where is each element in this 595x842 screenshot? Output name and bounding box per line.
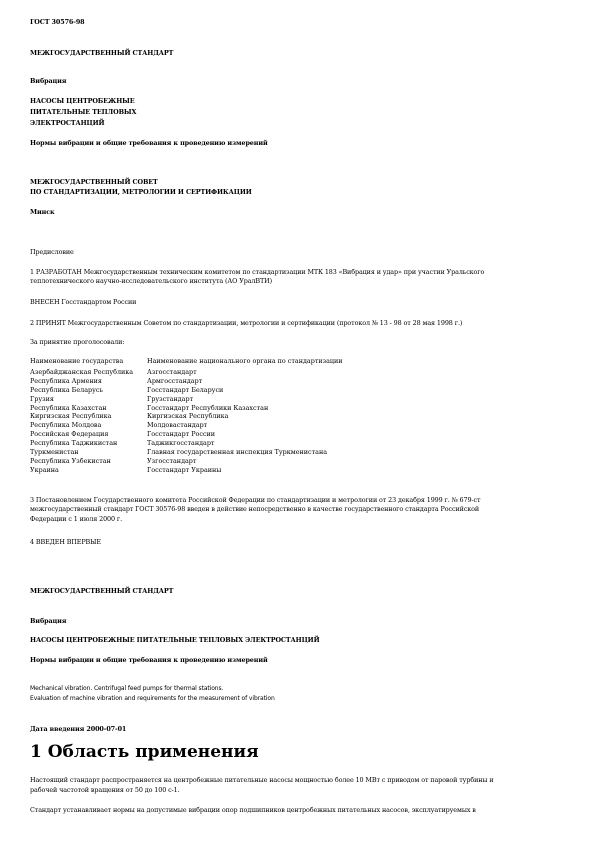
- title-line-3: ЭЛЕКТРОСТАНЦИЙ: [30, 119, 104, 127]
- foreword-p6: 4 ВВЕДЕН ВПЕРВЫЕ: [30, 538, 101, 546]
- table-row: Республика БеларусьГосстандарт Беларуси: [30, 386, 343, 395]
- foreword-p1-line-1: 1 РАЗРАБОТАН Межгосударственным техничес…: [30, 268, 484, 276]
- council-line-2: ПО СТАНДАРТИЗАЦИИ, МЕТРОЛОГИИ И СЕРТИФИК…: [30, 188, 252, 196]
- foreword-title: Предисловие: [30, 248, 74, 256]
- city: Минск: [30, 208, 55, 216]
- table-row: ГрузияГрузстандарт: [30, 395, 343, 404]
- main-standard-type: МЕЖГОСУДАРСТВЕННЫЙ СТАНДАРТ: [30, 587, 173, 595]
- english-title-line-1: Mechanical vibration. Centrifugal feed p…: [30, 685, 223, 693]
- voting-table: Наименование государства Наименование на…: [30, 357, 343, 475]
- table-row: Российская ФедерацияГосстандарт России: [30, 430, 343, 439]
- category: Вибрация: [30, 77, 66, 85]
- table-row: Республика АрменияАрмгосстандарт: [30, 377, 343, 386]
- title-line-1: НАСОСЫ ЦЕНТРОБЕЖНЫЕ: [30, 97, 135, 105]
- table-row: ТуркменистанГлавная государственная инсп…: [30, 448, 343, 457]
- table-row: Республика ТаджикистанТаджикгосстандарт: [30, 439, 343, 448]
- main-subtitle: Нормы вибрации и общие требования к пров…: [30, 656, 268, 664]
- table-header-state: Наименование государства: [30, 357, 147, 366]
- standard-type: МЕЖГОСУДАРСТВЕННЫЙ СТАНДАРТ: [30, 49, 173, 57]
- table-row: Киргизская РеспубликаКиргизская Республи…: [30, 412, 343, 421]
- table-row: Республика УзбекистанУзгосстандарт: [30, 457, 343, 466]
- foreword-p5-line-3: Федерации с 1 июля 2000 г.: [30, 515, 122, 523]
- table-row: Азербайджанская РеспубликаАзгосстандарт: [30, 368, 343, 377]
- scope-p1-line-2: рабочей частотой вращения от 50 до 100 с…: [30, 786, 180, 794]
- foreword-p2: ВНЕСЕН Госстандартом России: [30, 298, 136, 306]
- title-line-2: ПИТАТЕЛЬНЫЕ ТЕПЛОВЫХ: [30, 108, 136, 116]
- foreword-p3: 2 ПРИНЯТ Межгосударственным Советом по с…: [30, 319, 462, 327]
- date-intro: Дата введения 2000-07-01: [30, 725, 126, 733]
- scope-p1-line-1: Настоящий стандарт распространяется на ц…: [30, 776, 493, 784]
- table-row: Республика КазахстанГосстандарт Республи…: [30, 404, 343, 413]
- foreword-p1-line-2: теплотехнического научно-исследовательск…: [30, 277, 272, 285]
- foreword-p5-line-2: межгосударственный стандарт ГОСТ 30576-9…: [30, 505, 479, 513]
- scope-p2: Стандарт устанавливает нормы на допустим…: [30, 806, 476, 814]
- english-title-line-2: Evaluation of machine vibration and requ…: [30, 695, 275, 703]
- table-header: Наименование государства Наименование на…: [30, 357, 343, 366]
- main-title: НАСОСЫ ЦЕНТРОБЕЖНЫЕ ПИТАТЕЛЬНЫЕ ТЕПЛОВЫХ…: [30, 636, 320, 644]
- section-heading: 1 Область применения: [30, 742, 259, 762]
- table-row: УкраинаГосстандарт Украины: [30, 466, 343, 475]
- table-row: Республика МолдоваМолдовастандарт: [30, 421, 343, 430]
- doc-id: ГОСТ 30576-98: [30, 18, 85, 26]
- main-category: Вибрация: [30, 617, 66, 625]
- subtitle: Нормы вибрации и общие требования к пров…: [30, 139, 268, 147]
- foreword-p4: За принятие проголосовали:: [30, 338, 124, 346]
- council-line-1: МЕЖГОСУДАРСТВЕННЫЙ СОВЕТ: [30, 178, 158, 186]
- table-header-body: Наименование национального органа по ста…: [147, 357, 343, 366]
- foreword-p5-line-1: 3 Постановлением Государственного комите…: [30, 496, 480, 504]
